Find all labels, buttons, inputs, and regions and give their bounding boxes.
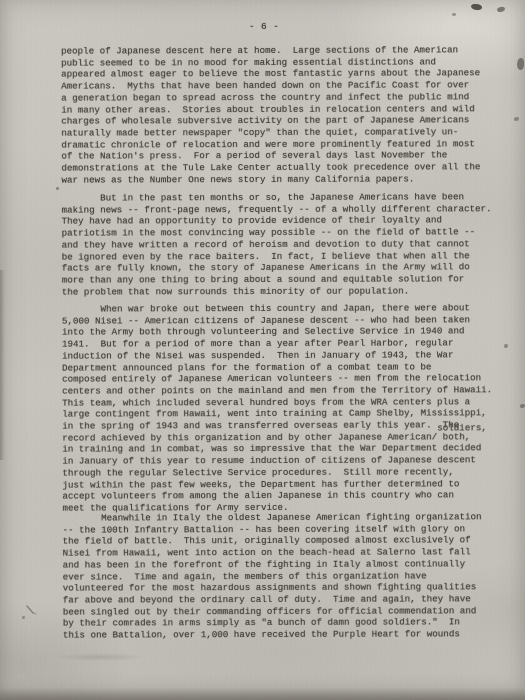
paragraph-3: When war broke out between this country … bbox=[62, 302, 493, 514]
ink-speck bbox=[517, 58, 524, 70]
interlinear-insertion: soldiers, bbox=[437, 423, 487, 433]
scanned-page: - 6 - people of Japanese descent here at… bbox=[0, 0, 525, 700]
paragraph-1: people of Japanese descent here at home.… bbox=[61, 44, 480, 186]
pencil-checkmark-icon bbox=[26, 604, 42, 616]
paragraph-2: But in the past ten months or so, the Ja… bbox=[62, 191, 492, 298]
paragraph-4: Meanwhile in Italy the oldest Japanese A… bbox=[63, 511, 482, 641]
page-number: - 6 - bbox=[249, 21, 279, 32]
page-body: - 6 - people of Japanese descent here at… bbox=[0, 0, 525, 700]
